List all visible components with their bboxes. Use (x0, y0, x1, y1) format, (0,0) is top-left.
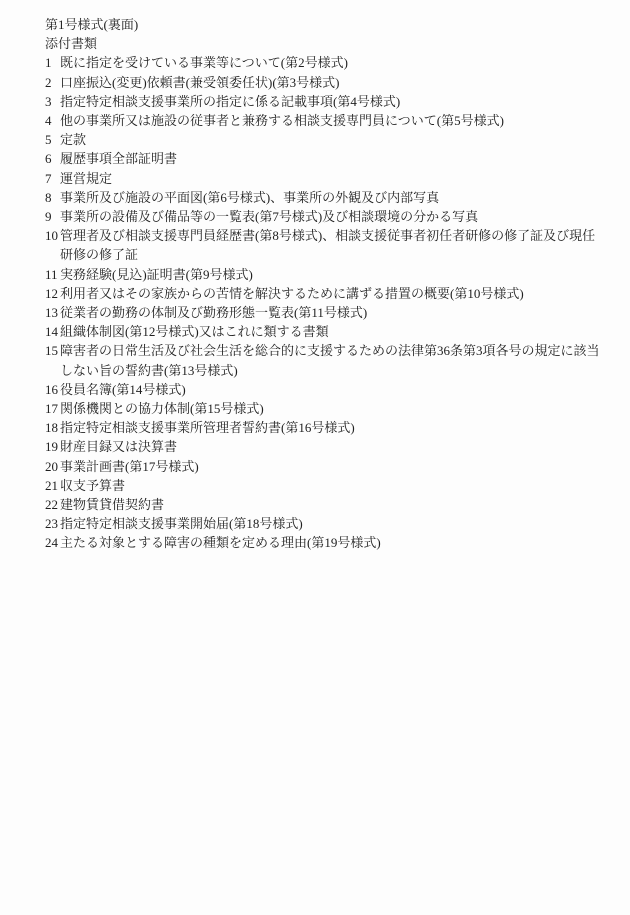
section-title: 添付書類 (45, 34, 606, 53)
item-number: 23 (45, 514, 60, 533)
item-text: 組織体制図(第12号様式)又はこれに類する書類 (60, 322, 329, 341)
item-text: 管理者及び相談支援専門員経歴書(第8号様式)、相談支援従事者初任者研修の修了証及… (60, 226, 606, 264)
list-item: 23 指定特定相談支援事業開始届(第18号様式) (45, 514, 606, 533)
list-item: 8 事業所及び施設の平面図(第6号様式)、事業所の外観及び内部写真 (45, 188, 606, 207)
item-number: 15 (45, 341, 60, 360)
list-item: 7 運営規定 (45, 169, 606, 188)
list-item: 11 実務経験(見込)証明書(第9号様式) (45, 265, 606, 284)
list-item: 16 役員名簿(第14号様式) (45, 380, 606, 399)
item-text: 既に指定を受けている事業等について(第2号様式) (60, 53, 348, 72)
item-number: 13 (45, 303, 60, 322)
item-number: 21 (45, 476, 60, 495)
item-number: 20 (45, 457, 60, 476)
item-text: 建物賃貸借契約書 (60, 495, 164, 514)
list-item: 19 財産目録又は決算書 (45, 437, 606, 456)
list-item: 24 主たる対象とする障害の種類を定める理由(第19号様式) (45, 533, 606, 552)
item-text: 主たる対象とする障害の種類を定める理由(第19号様式) (60, 533, 381, 552)
item-number: 1 (45, 53, 60, 72)
item-number: 3 (45, 92, 60, 111)
item-number: 12 (45, 284, 60, 303)
item-number: 2 (45, 73, 60, 92)
item-number: 10 (45, 226, 60, 245)
item-text: 従業者の勤務の体制及び勤務形態一覧表(第11号様式) (60, 303, 367, 322)
item-number: 11 (45, 265, 60, 284)
item-text: 口座振込(変更)依頼書(兼受領委任状)(第3号様式) (60, 73, 339, 92)
item-text: 利用者又はその家族からの苦情を解決するために講ずる措置の概要(第10号様式) (60, 284, 524, 303)
item-number: 17 (45, 399, 60, 418)
list-item: 5 定款 (45, 130, 606, 149)
item-number: 5 (45, 130, 60, 149)
item-text: 収支予算書 (60, 476, 125, 495)
item-text: 他の事業所又は施設の従事者と兼務する相談支援専門員について(第5号様式) (60, 111, 504, 130)
list-item: 21 収支予算書 (45, 476, 606, 495)
attachment-list: 1 既に指定を受けている事業等について(第2号様式) 2 口座振込(変更)依頼書… (45, 53, 606, 552)
list-item: 17 関係機関との協力体制(第15号様式) (45, 399, 606, 418)
item-text: 事業所の設備及び備品等の一覧表(第7号様式)及び相談環境の分かる写真 (60, 207, 478, 226)
item-number: 6 (45, 149, 60, 168)
list-item: 13 従業者の勤務の体制及び勤務形態一覧表(第11号様式) (45, 303, 606, 322)
item-text: 関係機関との協力体制(第15号様式) (60, 399, 264, 418)
list-item: 1 既に指定を受けている事業等について(第2号様式) (45, 53, 606, 72)
item-text: 指定特定相談支援事業所管理者誓約書(第16号様式) (60, 418, 355, 437)
form-label: 第1号様式(裏面) (45, 15, 606, 34)
item-text: 障害者の日常生活及び社会生活を総合的に支援するための法律第36条第3項各号の規定… (60, 341, 606, 379)
list-item: 18 指定特定相談支援事業所管理者誓約書(第16号様式) (45, 418, 606, 437)
list-item: 14 組織体制図(第12号様式)又はこれに類する書類 (45, 322, 606, 341)
item-number: 19 (45, 437, 60, 456)
item-number: 16 (45, 380, 60, 399)
item-text: 指定特定相談支援事業開始届(第18号様式) (60, 514, 303, 533)
list-item: 2 口座振込(変更)依頼書(兼受領委任状)(第3号様式) (45, 73, 606, 92)
item-text: 役員名簿(第14号様式) (60, 380, 186, 399)
item-text: 実務経験(見込)証明書(第9号様式) (60, 265, 253, 284)
item-text: 事業計画書(第17号様式) (60, 457, 199, 476)
item-text: 事業所及び施設の平面図(第6号様式)、事業所の外観及び内部写真 (60, 188, 439, 207)
item-text: 財産目録又は決算書 (60, 437, 177, 456)
document-page: 第1号様式(裏面) 添付書類 1 既に指定を受けている事業等について(第2号様式… (0, 0, 630, 915)
list-item: 4 他の事業所又は施設の従事者と兼務する相談支援専門員について(第5号様式) (45, 111, 606, 130)
item-number: 18 (45, 418, 60, 437)
list-item: 10 管理者及び相談支援専門員経歴書(第8号様式)、相談支援従事者初任者研修の修… (45, 226, 606, 264)
list-item: 15 障害者の日常生活及び社会生活を総合的に支援するための法律第36条第3項各号… (45, 341, 606, 379)
item-text: 定款 (60, 130, 86, 149)
list-item: 20 事業計画書(第17号様式) (45, 457, 606, 476)
item-text: 運営規定 (60, 169, 112, 188)
list-item: 12 利用者又はその家族からの苦情を解決するために講ずる措置の概要(第10号様式… (45, 284, 606, 303)
list-item: 22 建物賃貸借契約書 (45, 495, 606, 514)
item-number: 7 (45, 169, 60, 188)
list-item: 6 履歴事項全部証明書 (45, 149, 606, 168)
list-item: 3 指定特定相談支援事業所の指定に係る記載事項(第4号様式) (45, 92, 606, 111)
item-number: 8 (45, 188, 60, 207)
item-number: 22 (45, 495, 60, 514)
item-number: 9 (45, 207, 60, 226)
item-number: 14 (45, 322, 60, 341)
item-text: 履歴事項全部証明書 (60, 149, 177, 168)
list-item: 9 事業所の設備及び備品等の一覧表(第7号様式)及び相談環境の分かる写真 (45, 207, 606, 226)
item-number: 4 (45, 111, 60, 130)
item-number: 24 (45, 533, 60, 552)
item-text: 指定特定相談支援事業所の指定に係る記載事項(第4号様式) (60, 92, 400, 111)
